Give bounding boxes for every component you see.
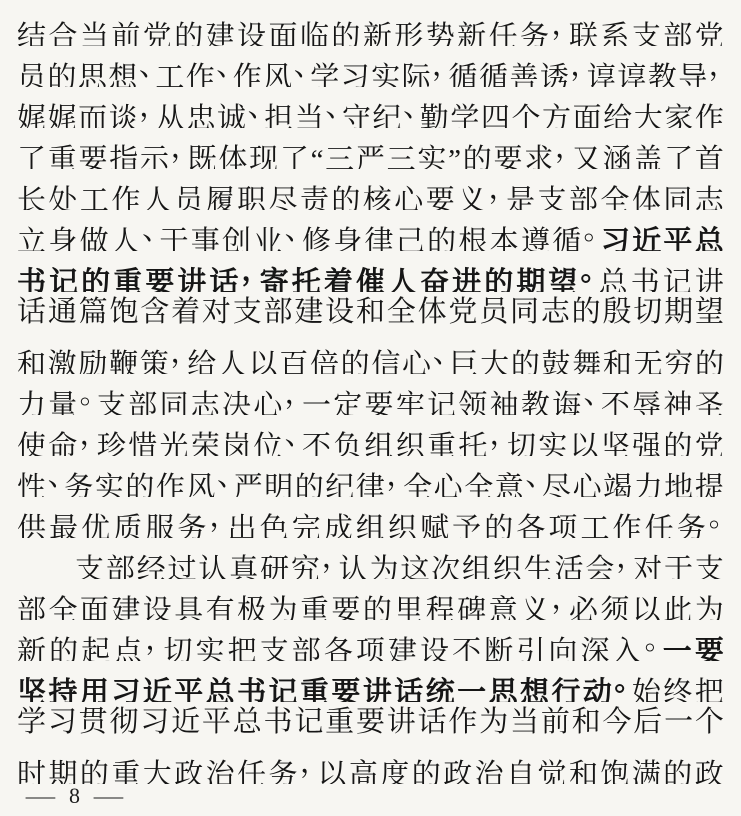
emphasized-text: 习近平总 xyxy=(599,226,724,251)
punctuation: ， xyxy=(570,46,585,87)
text-segment: 总书记讲 xyxy=(596,267,724,292)
emphasized-text: 书记的重要讲话，寄托着催人奋进的期望。 xyxy=(17,267,596,292)
text-line: 结合当前党的建设面临的新形势新任务，联系支部党 xyxy=(17,5,724,46)
punctuation: ， xyxy=(709,46,724,87)
punctuation: 、 xyxy=(142,210,157,251)
punctuation: 。 xyxy=(580,251,595,292)
punctuation: 、 xyxy=(294,46,309,87)
text-segment: 娓娓而谈，从忠诚、担当、守纪、勤学四个方面给大家作 xyxy=(17,103,724,128)
punctuation: ， xyxy=(386,456,401,497)
text-segment: 供最优质服务，出色完成组织赋予的各项工作任务。 xyxy=(17,513,724,538)
punctuation: 。 xyxy=(614,661,629,702)
punctuation: ， xyxy=(242,251,257,292)
punctuation: 、 xyxy=(216,46,231,87)
text-segment: 新的起点，切实把支部各项建设不断引向深入。 xyxy=(17,636,660,661)
emphasized-text: 坚持用习近平总书记重要讲话统一思想行动。 xyxy=(17,677,629,702)
punctuation: ， xyxy=(285,374,300,415)
punctuation: ， xyxy=(170,333,185,374)
punctuation: ， xyxy=(80,415,95,456)
text-segment: 支部经过认真研究，认为这次组织生活会，对于支 xyxy=(75,554,724,579)
text-line: 支部经过认真研究，认为这次组织生活会，对于支 xyxy=(17,538,724,579)
punctuation: ， xyxy=(209,497,224,538)
punctuation: ， xyxy=(551,5,566,46)
punctuation: 、 xyxy=(403,87,418,128)
punctuation: 、 xyxy=(139,46,154,87)
text-segment: 员的思想、工作、作风、学习实际，循循善诱，谆谆教导， xyxy=(17,62,724,87)
punctuation: ， xyxy=(490,415,505,456)
punctuation: ， xyxy=(616,538,631,579)
footer-dash-left: — xyxy=(26,784,55,809)
punctuation: ， xyxy=(171,128,186,169)
punctuation: 。 xyxy=(645,620,660,661)
text-block: 结合当前党的建设面临的新形势新任务，联系支部党员的思想、工作、作风、学习实际，循… xyxy=(17,5,724,784)
document-page: 结合当前党的建设面临的新形势新任务，联系支部党员的思想、工作、作风、学习实际，循… xyxy=(0,0,741,816)
text-segment: 话通篇饱含着对支部建设和全体党员同志的殷切期望 xyxy=(17,296,724,328)
text-line: 性、务实的作风、严明的纪律，全心全意、尽心竭力地提 xyxy=(17,456,724,497)
text-segment: 始终把 xyxy=(629,677,723,702)
text-line: 立身做人、干事创业、修身律己的根本遵循。习近平总 xyxy=(17,210,724,251)
text-segment: 时期的重大政治任务，以高度的政治自觉和饱满的政 xyxy=(17,759,724,784)
text-line: 书记的重要讲话，寄托着催人奋进的期望。总书记讲 xyxy=(17,251,724,292)
punctuation: 、 xyxy=(285,210,300,251)
punctuation: 。 xyxy=(80,374,95,415)
text-line: 长处工作人员履职尽责的核心要义，是支部全体同志 xyxy=(17,169,724,210)
punctuation: 。 xyxy=(584,210,599,251)
punctuation: 、 xyxy=(248,87,263,128)
text-line: 员的思想、工作、作风、学习实际，循循善诱，谆谆教导， xyxy=(17,46,724,87)
page-footer: — 8 — xyxy=(30,783,119,809)
punctuation: ， xyxy=(322,538,337,579)
text-line: 话通篇饱含着对支部建设和全体党员同志的殷切期望 xyxy=(17,292,724,333)
text-line: 时期的重大政治任务，以高度的政治自觉和饱满的政 xyxy=(17,743,724,784)
punctuation: ， xyxy=(145,620,160,661)
text-line: 和激励鞭策，给人以百倍的信心、巨大的鼓舞和无穷的 xyxy=(17,333,724,374)
punctuation: ， xyxy=(432,46,447,87)
text-line: 力量。支部同志决心，一定要牢记领袖教诲、不辱神圣 xyxy=(17,374,724,415)
text-line: 了重要指示，既体现了“三严三实”的要求，又涵盖了首 xyxy=(17,128,724,169)
text-segment: 性、务实的作风、严明的纪律，全心全意、尽心竭力地提 xyxy=(17,472,724,497)
punctuation: ， xyxy=(300,743,315,784)
punctuation: 。 xyxy=(709,497,724,538)
text-segment: 长处工作人员履职尽责的核心要义，是支部全体同志 xyxy=(17,185,724,210)
punctuation: 、 xyxy=(325,87,340,128)
punctuation: 、 xyxy=(285,415,300,456)
page-number: 8 xyxy=(69,783,80,809)
text-line: 坚持用习近平总书记重要讲话统一思想行动。始终把 xyxy=(17,661,724,702)
punctuation: ， xyxy=(489,169,504,210)
text-line: 学习贯彻习近平总书记重要讲话作为当前和今后一个 xyxy=(17,702,724,743)
punctuation: ， xyxy=(139,87,154,128)
text-line: 供最优质服务，出色完成组织赋予的各项工作任务。 xyxy=(17,497,724,538)
punctuation: 、 xyxy=(584,374,599,415)
text-line: 部全面建设具有极为重要的里程碑意义，必须以此为 xyxy=(17,579,724,620)
text-segment: 立身做人、干事创业、修身律己的根本遵循。 xyxy=(17,226,599,251)
punctuation: 、 xyxy=(433,333,448,374)
punctuation: 、 xyxy=(217,456,232,497)
text-segment: 和激励鞭策，给人以百倍的信心、巨大的鼓舞和无穷的 xyxy=(17,349,724,374)
text-segment: 结合当前党的建设面临的新形势新任务，联系支部党 xyxy=(17,21,724,46)
punctuation: 、 xyxy=(48,456,63,497)
text-segment: 学习贯彻习近平总书记重要讲话作为当前和今后一个 xyxy=(17,706,724,738)
text-segment: 部全面建设具有极为重要的里程碑意义，必须以此为 xyxy=(17,595,724,620)
footer-dash-right: — xyxy=(94,784,123,809)
emphasized-text: 一要 xyxy=(660,636,724,661)
text-line: 新的起点，切实把支部各项建设不断引向深入。一要 xyxy=(17,620,724,661)
text-segment: 了重要指示，既体现了“三严三实”的要求，又涵盖了首 xyxy=(17,144,724,169)
text-line: 娓娓而谈，从忠诚、担当、守纪、勤学四个方面给大家作 xyxy=(17,87,724,128)
text-segment: 力量。支部同志决心，一定要牢记领袖教诲、不辱神圣 xyxy=(17,390,724,415)
text-line: 使命，珍惜光荣岗位、不负组织重托，切实以坚强的党 xyxy=(17,415,724,456)
text-segment: 使命，珍惜光荣岗位、不负组织重托，切实以坚强的党 xyxy=(17,431,724,456)
punctuation: 、 xyxy=(525,456,540,497)
punctuation: ， xyxy=(555,128,570,169)
punctuation: ， xyxy=(551,579,566,620)
